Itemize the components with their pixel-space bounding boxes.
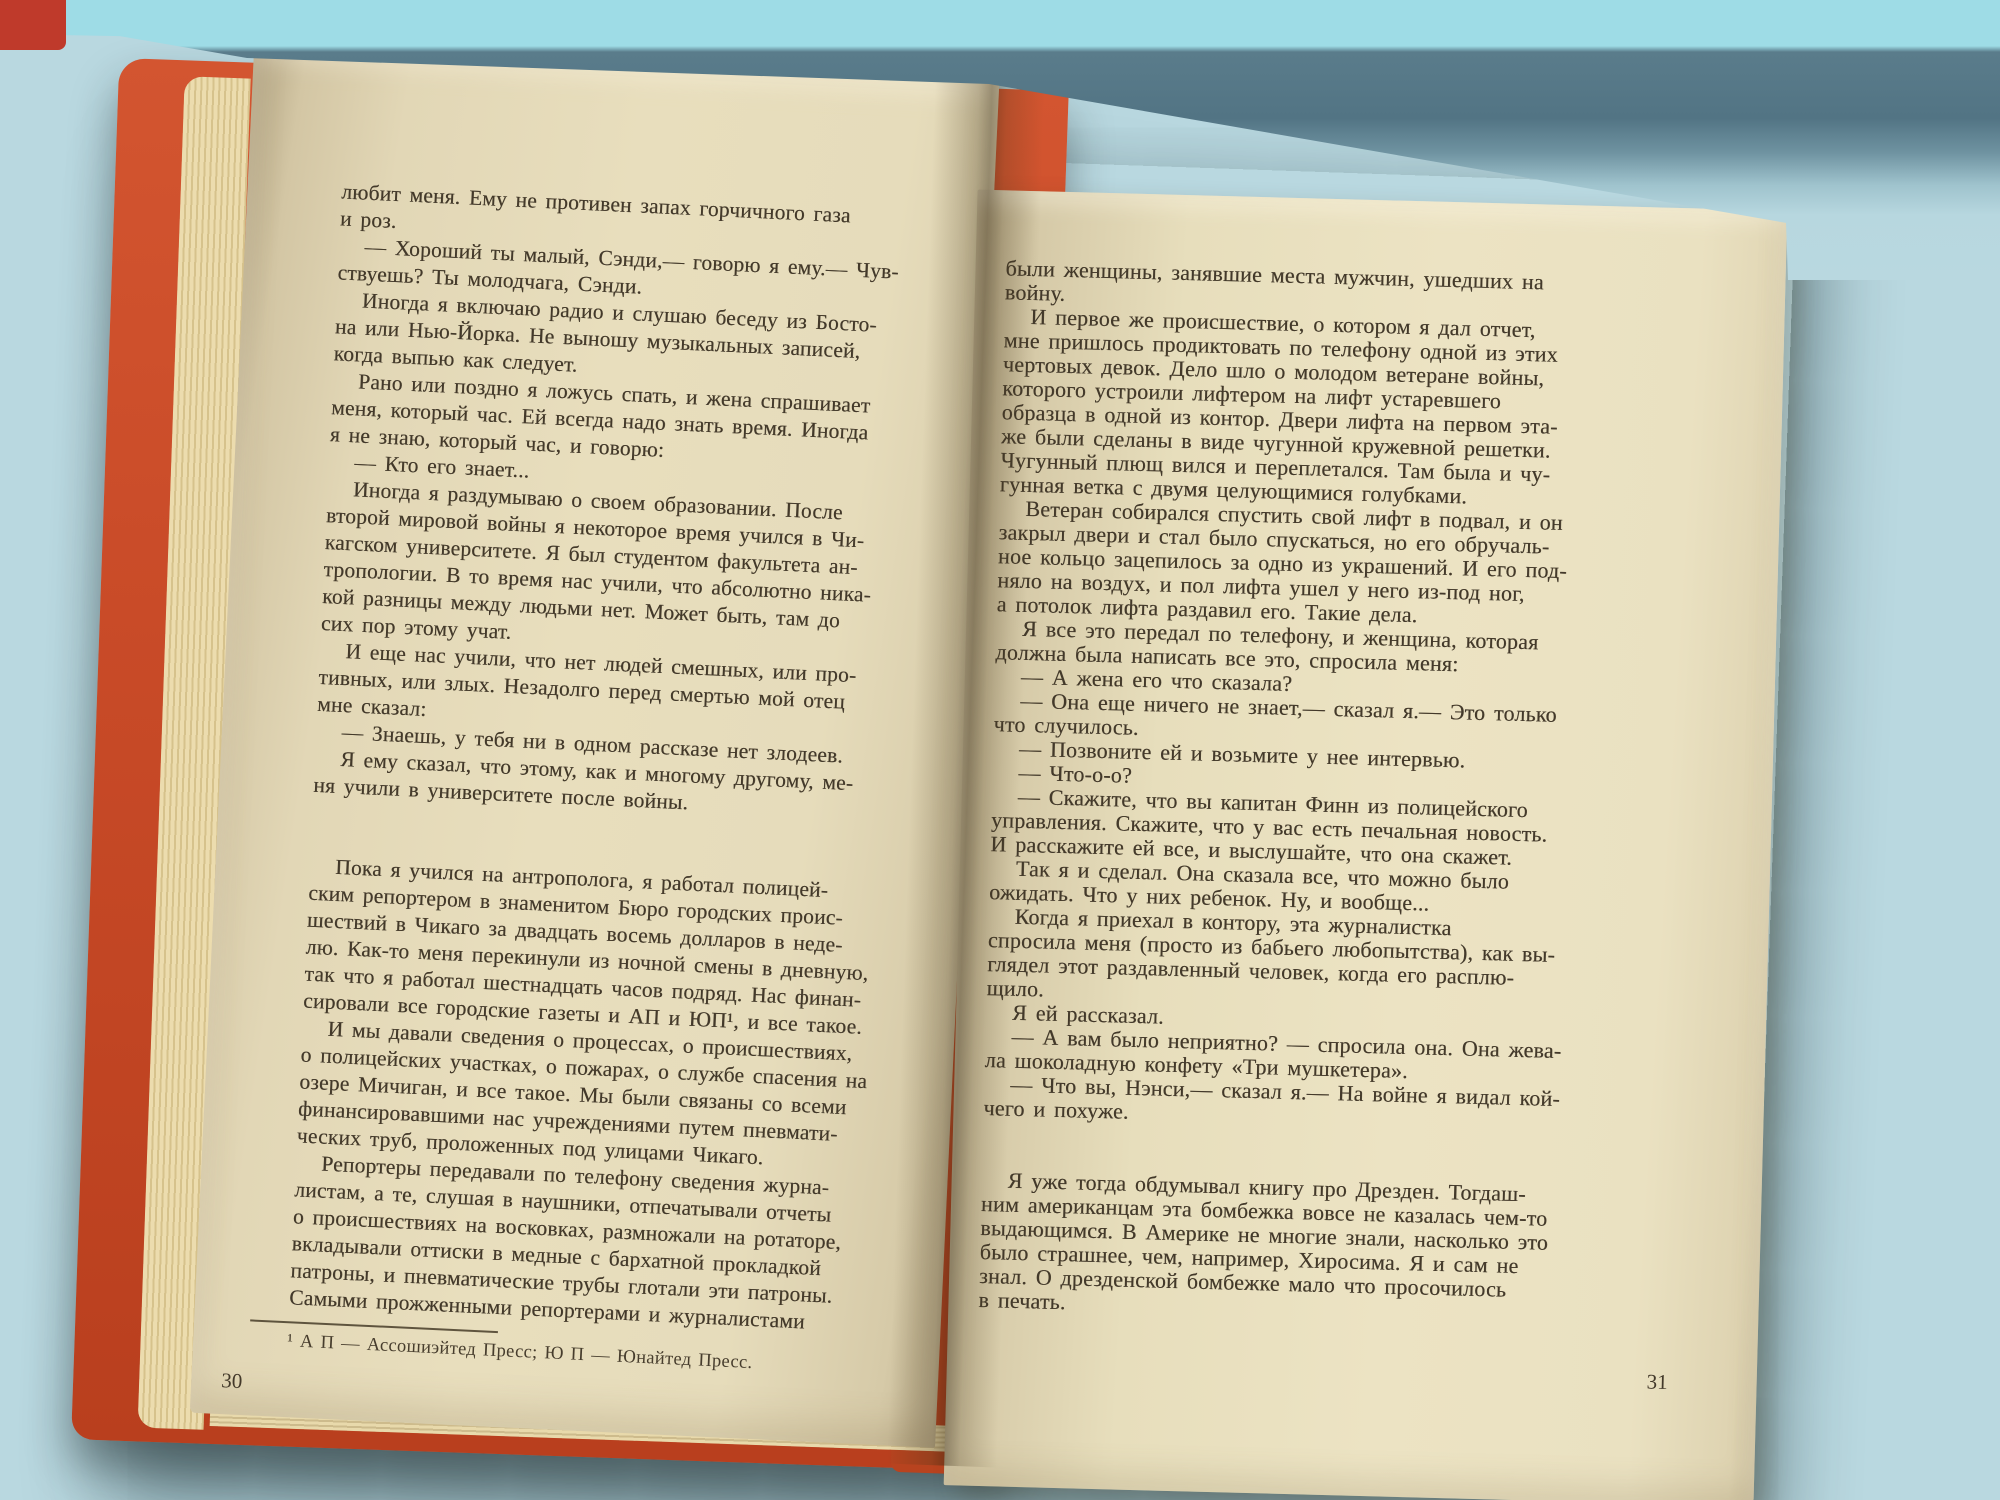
photo-scene: любит меня. Ему не противен запах горчич… xyxy=(0,0,2000,1500)
page-number-left: 30 xyxy=(221,1368,243,1394)
page-number-right: 31 xyxy=(1646,1369,1668,1395)
left-page: любит меня. Ему не противен запах горчич… xyxy=(190,46,1000,1448)
red-object-corner xyxy=(0,0,66,50)
left-page-text: любит меня. Ему не противен запах горчич… xyxy=(289,178,909,1337)
right-page: были женщины, занявшие места мужчин, уше… xyxy=(944,190,1788,1500)
right-page-text: были женщины, занявшие места мужчин, уше… xyxy=(978,256,1582,1327)
open-book: любит меня. Ему не противен запах горчич… xyxy=(71,40,1864,1500)
footnote-text: ¹ А П — Ассошиэйтед Пресс; Ю П — Юнайтед… xyxy=(287,1331,753,1374)
